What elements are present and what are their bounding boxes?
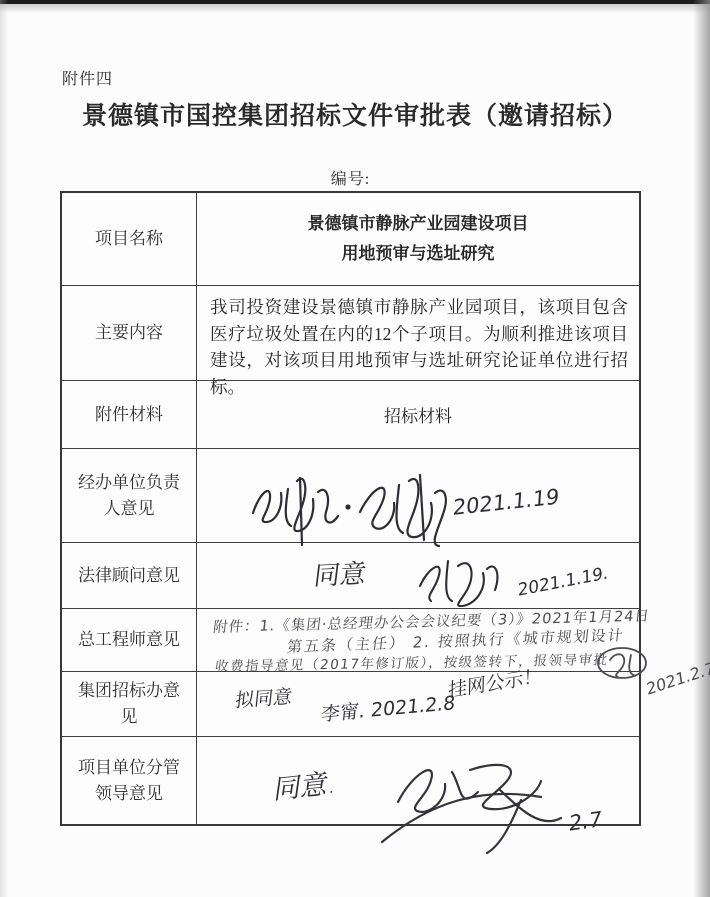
- table-row-chief-engineer-opinion: 总工程师意见: [62, 608, 639, 671]
- project-name-value: 景德镇市静脉产业园建设项目 用地预审与选址研究: [197, 193, 639, 285]
- approval-table: 项目名称 景德镇市静脉产业园建设项目 用地预审与选址研究 主要内容 我司投资建设…: [60, 191, 641, 826]
- row-label-operator-opinion: 经办单位负责人意见: [62, 449, 197, 542]
- legal-opinion-cell: [197, 543, 639, 608]
- main-content-value: 我司投资建设景德镇市静脉产业园项目，该项目包含医疗垃圾处置在内的12个子项目。为…: [197, 286, 639, 380]
- row-label-attachment-materials: 附件材料: [62, 381, 197, 448]
- document-title: 景德镇市国控集团招标文件审批表（邀请招标）: [0, 96, 710, 132]
- row-label-leader-opinion: 项目单位分管领导意见: [62, 737, 197, 824]
- leader-opinion-cell: [197, 737, 639, 824]
- table-row-bidding-office-opinion: 集团招标办意见: [62, 671, 639, 736]
- attachment-label: 附件四: [62, 66, 113, 89]
- scan-left-fade: [0, 0, 8, 897]
- table-row-leader-opinion: 项目单位分管领导意见: [62, 736, 639, 824]
- row-label-legal-opinion: 法律顾问意见: [62, 543, 197, 608]
- table-row-legal-opinion: 法律顾问意见: [62, 542, 639, 608]
- attachment-materials-value: 招标材料: [197, 381, 639, 448]
- document-number-label: 编号:: [60, 166, 641, 189]
- operator-opinion-cell: [197, 449, 639, 542]
- scanned-document-page: 附件四 景德镇市国控集团招标文件审批表（邀请招标） 编号: 项目名称 景德镇市静…: [0, 0, 710, 897]
- chief-engineer-opinion-cell: [197, 609, 639, 671]
- project-name-line-1: 景德镇市静脉产业园建设项目: [308, 209, 529, 239]
- row-label-chief-engineer-opinion: 总工程师意见: [62, 609, 197, 671]
- scan-right-shadow: [693, 0, 710, 897]
- project-name-line-2: 用地预审与选址研究: [342, 239, 495, 269]
- table-row-operator-opinion: 经办单位负责人意见: [62, 448, 639, 542]
- table-row-project-name: 项目名称 景德镇市静脉产业园建设项目 用地预审与选址研究: [62, 193, 639, 285]
- row-label-project-name: 项目名称: [62, 193, 197, 285]
- bidding-office-opinion-cell: [197, 672, 639, 736]
- row-label-bidding-office-opinion: 集团招标办意见: [62, 672, 197, 736]
- table-row-attachment-materials: 附件材料 招标材料: [62, 380, 639, 448]
- row-label-main-content: 主要内容: [62, 286, 197, 380]
- scan-top-fade: [0, 4, 710, 13]
- table-row-main-content: 主要内容 我司投资建设景德镇市静脉产业园项目，该项目包含医疗垃圾处置在内的12个…: [62, 285, 639, 380]
